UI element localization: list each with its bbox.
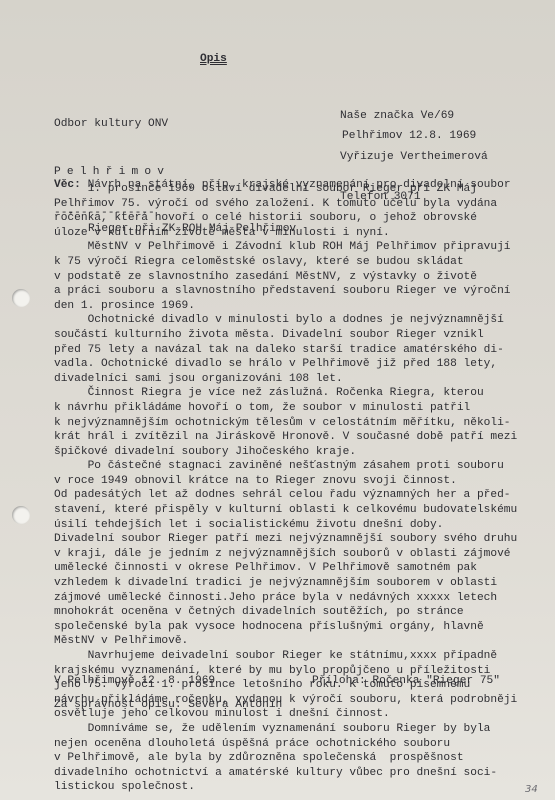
body-line: úsilí tehdejších let i socialistickému ž… — [54, 518, 514, 533]
body-line: mnohokrát oceněna v četných divadelních … — [54, 605, 514, 620]
body-line: špičkové divadelní soubory Jihočeského k… — [54, 445, 514, 460]
body-line: v Pelhřimově, ale byla by zdůrozněna spo… — [54, 751, 514, 766]
body-line: a práci souboru a slavnostního představe… — [54, 284, 514, 299]
body-line: Divadelní soubor Rieger patří mezi nejvý… — [54, 532, 514, 547]
body-line: Činnost Riegra je více než záslužná. Roč… — [54, 386, 514, 401]
attachment-note: Příloha: Ročenka "Rieger 75" — [312, 674, 500, 689]
body-line: den 1. prosince 1969. — [54, 299, 514, 314]
body-line: k 75 výročí Riegra celoměstské oslavy, k… — [54, 255, 514, 270]
document-page: Opis Odbor kultury ONV Pelhřimov -------… — [0, 0, 555, 800]
body-line: nejen oceněna dlouholetá úspěšná práce o… — [54, 737, 514, 752]
body-line: vadla. Ochotnické divadlo se hrálo v Pel… — [54, 357, 514, 372]
punch-hole — [12, 289, 30, 307]
punch-hole — [12, 506, 30, 524]
body-line: Po částečné stagnaci zaviněné nešťastným… — [54, 459, 514, 474]
body-line: před 75 lety a navázal tak na daleko sta… — [54, 343, 514, 358]
body-line: Od padesátých let až dodnes sehrál celou… — [54, 488, 514, 503]
body-line: divadelního ochotnictví a amatérské kult… — [54, 766, 514, 781]
body-line: Navrhujeme deivadelní soubor Rieger ke s… — [54, 649, 514, 664]
body-line: v podstatě ze slavnostního zasedání Měst… — [54, 270, 514, 285]
body-line: umělecké činnosti v okrese Pelhřimov. V … — [54, 561, 514, 576]
body-line: krát hrál i zvítězil na Jiráskově Hronov… — [54, 430, 514, 445]
body-line: společenské byla pak vysoce hodnocena př… — [54, 620, 514, 635]
date-line: Pelhřimov 12.8. 1969 — [342, 129, 476, 144]
body-line: MěstNV v Pelhřimově. — [54, 634, 514, 649]
place-date-signature: V Pelhřimově 12. 8. 1969 — [54, 674, 215, 689]
folio-number: 34 — [525, 783, 538, 798]
body-line: 1. prosince 1969 oslaví divadelní soubor… — [54, 182, 514, 197]
body-line: divadelníci sami jsou organizováni 108 l… — [54, 372, 514, 387]
body-line: k nejvýznamnějším ochotnickým tělesům v … — [54, 416, 514, 431]
body-line: v roce 1949 obnovil krátce na to Rieger … — [54, 474, 514, 489]
copy-certification: Za správnost opisu: Severa Antonín — [54, 698, 282, 713]
body-line: Pelhřimov 75. výročí od svého založení. … — [54, 197, 514, 212]
body-line: zájmové umělecké činnosti.Jeho práce byl… — [54, 591, 514, 606]
body-line: stavení, které přispěly v kulturní oblas… — [54, 503, 514, 518]
body-line: k návrhu přikládáme hovoří o tom, že sou… — [54, 401, 514, 416]
body-line: v kraji, dále je jedním z nejvýznamnější… — [54, 547, 514, 562]
body-line: součástí kulturního života města. Divade… — [54, 328, 514, 343]
body-line: úloze v kulturním životě města v minulos… — [54, 226, 514, 241]
body-line: ročenka, která hovoří o celé historii so… — [54, 211, 514, 226]
body-line: listickou společnost. — [54, 780, 514, 795]
body-line: vzhledem k divadelní tradici je nejvýzna… — [54, 576, 514, 591]
body-line: Ochotnické divadlo v minulosti bylo a do… — [54, 313, 514, 328]
document-title: Opis — [200, 52, 227, 67]
our-mark: Naše značka Ve/69 — [340, 110, 488, 124]
body-line: Domníváme se, že udělením vyznamenání so… — [54, 722, 514, 737]
sender-department: Odbor kultury ONV — [54, 117, 170, 136]
body-line: MěstNV v Pelhřimově i Závodní klub ROH M… — [54, 240, 514, 255]
